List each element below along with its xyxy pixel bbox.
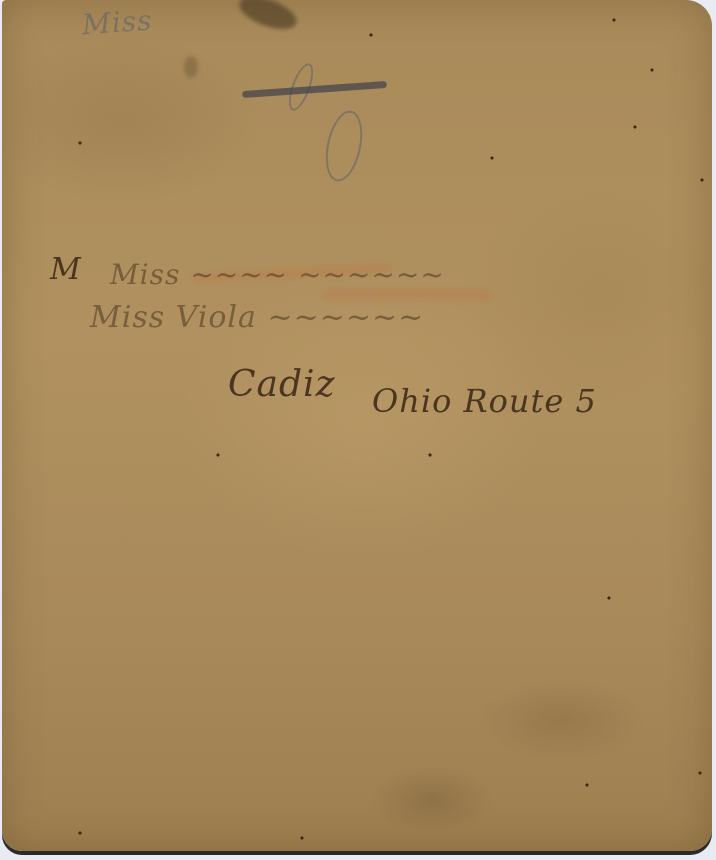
pencil-note-miss: Miss — [81, 4, 154, 42]
inscription-line1-prefix: M — [50, 252, 82, 287]
inscription-line2: Miss Viola ~~~~~~ — [90, 300, 424, 335]
inscription-city: Cadiz — [228, 364, 336, 405]
ink-smear-1 — [192, 263, 392, 283]
pencil-loop-upper — [284, 60, 318, 113]
inscription-address: Ohio Route 5 — [372, 382, 597, 420]
photo-card-back: Miss M Miss ~~~~ ~~~~~~ Miss Viola ~~~~~… — [2, 0, 712, 851]
pencil-strikethrough — [242, 81, 387, 98]
inscription-line1: Miss ~~~~ ~~~~~~ — [110, 258, 445, 291]
pencil-loop-lower — [320, 107, 368, 184]
ink-smear-2 — [322, 290, 492, 300]
smudge-left — [184, 56, 198, 78]
smudge-top — [235, 0, 300, 35]
